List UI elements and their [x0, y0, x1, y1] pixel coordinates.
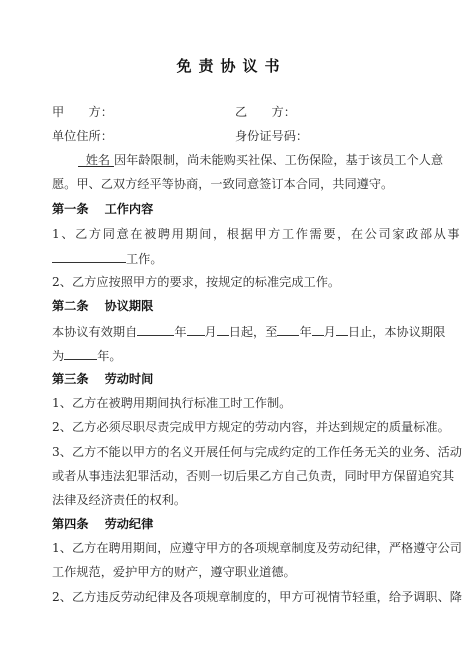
- job-title-blank[interactable]: [52, 250, 126, 263]
- id-number-label: 身份证号码：: [235, 128, 308, 144]
- article-3-item-3-line-2: 或者从事违法犯罪活动，否则一切后果乙方自己负责，同时甲方保留追究其: [52, 468, 414, 484]
- start-year-blank[interactable]: [137, 323, 174, 336]
- end-month-blank[interactable]: [312, 323, 324, 336]
- party-b-label: 乙 方：: [235, 104, 296, 120]
- term-years-blank[interactable]: [64, 347, 97, 360]
- preamble-line-2: 愿。甲、乙双方经平等协商，一致同意签订本合同，共同遵守。: [52, 176, 414, 192]
- article-3-heading: 第三条劳动时间: [52, 371, 153, 387]
- article-4-item-2-line-1: 2、乙方违反劳动纪律及各项规章制度的，甲方可视情节轻重，给予调职、降: [52, 589, 414, 605]
- article-3-item-1: 1、乙方在被聘用期间执行标准工时工作制。: [52, 395, 414, 411]
- article-4-heading: 第四条劳动纪律: [52, 516, 153, 532]
- preamble-line-1: 姓名 因年龄限制，尚未能购买社保、工伤保险，基于该员工个人意: [78, 152, 414, 168]
- article-2-line-2: 为年。: [52, 347, 414, 364]
- document-title: 免责协议书: [0, 55, 463, 76]
- document-page: 免责协议书 甲 方： 乙 方： 单位住所： 身份证号码： 姓名 因年龄限制，尚未…: [0, 0, 463, 655]
- article-3-item-2: 2、乙方必须尽职尽责完成甲方规定的劳动内容，并达到规定的质量标准。: [52, 419, 414, 435]
- start-month-blank[interactable]: [187, 323, 205, 336]
- article-1-item-1-line-2: 工作。: [52, 250, 414, 267]
- article-1-heading: 第一条工作内容: [52, 201, 153, 217]
- end-year-blank[interactable]: [277, 323, 299, 336]
- party-a-label: 甲 方：: [52, 104, 113, 120]
- name-placeholder[interactable]: 姓名: [78, 153, 114, 167]
- article-2-line-1: 本协议有效期自年月日起，至年月日止，本协议期限: [52, 323, 414, 340]
- article-3-item-3-line-3: 法律及经济责任的权利。: [52, 492, 414, 508]
- address-label: 单位住所：: [52, 128, 113, 144]
- article-4-item-1-line-2: 工作规范，爱护甲方的财产，遵守职业道德。: [52, 564, 414, 580]
- article-2-heading: 第二条协议期限: [52, 298, 153, 314]
- start-day-blank[interactable]: [217, 323, 229, 336]
- article-1-item-2: 2、乙方应按照甲方的要求，按规定的标准完成工作。: [52, 274, 414, 290]
- article-1-item-1-line-1: 1、乙方同意在被聘用期间，根据甲方工作需要，在公司家政部从事: [52, 226, 414, 242]
- article-3-item-3-line-1: 3、乙方不能以甲方的名义开展任何与完成约定的工作任务无关的业务、活动: [52, 444, 414, 460]
- end-day-blank[interactable]: [336, 323, 348, 336]
- article-4-item-1-line-1: 1、乙方在聘用期间，应遵守甲方的各项规章制度及劳动纪律，严格遵守公司: [52, 540, 414, 556]
